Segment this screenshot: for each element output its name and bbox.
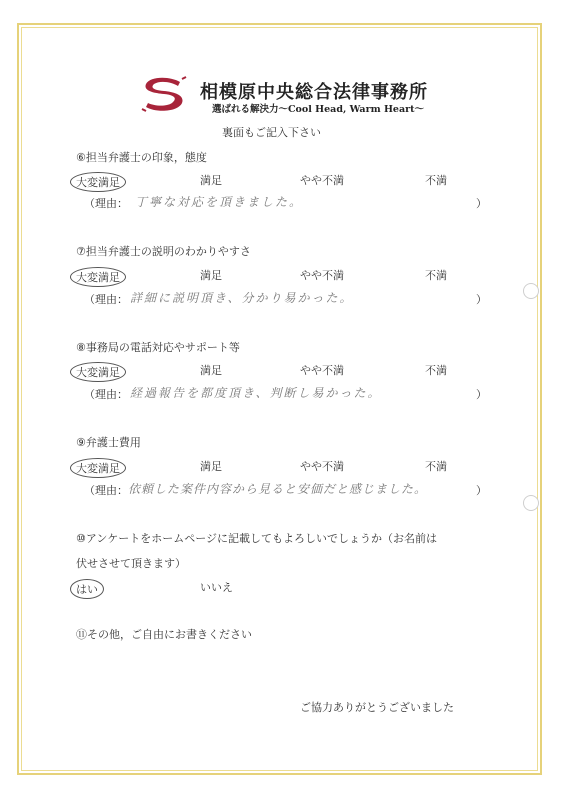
punch-hole-icon (523, 283, 539, 299)
option-yes[interactable]: はい (70, 579, 104, 599)
option-slightly-dissatisfied-q7[interactable]: やや不満 (300, 267, 344, 283)
question-10-title: ⑩アンケートをホームページに記載してもよろしいでしょうか（お名前は (76, 530, 437, 546)
firm-tagline: 選ばれる解決力～Cool Head, Warm Heart～ (212, 101, 424, 115)
reason-close-q9: ） (476, 482, 487, 498)
option-very-satisfied-q6[interactable]: 大変満足 (70, 172, 126, 192)
reason-label-q6: （理由： (84, 195, 128, 211)
question-11-title: ⑪その他，ご自由にお書きください (76, 626, 252, 642)
reason-close-q8: ） (476, 386, 487, 402)
option-satisfied-q8[interactable]: 満足 (200, 362, 222, 378)
option-very-satisfied-q9[interactable]: 大変満足 (70, 458, 126, 478)
reason-text-q6[interactable]: 丁寧な対応を頂きました。 (135, 193, 303, 210)
question-6-title: ⑥担当弁護士の印象，態度 (76, 149, 207, 165)
option-dissatisfied-q7[interactable]: 不満 (425, 267, 447, 283)
reason-text-q7[interactable]: 詳細に説明頂き、分かり易かった。 (130, 289, 354, 306)
question-7-title: ⑦担当弁護士の説明のわかりやすさ (76, 243, 251, 259)
reverse-side-note: 裏面もご記入下さい (222, 124, 321, 140)
option-no[interactable]: いいえ (200, 579, 233, 595)
reason-label-q8: （理由： (84, 386, 128, 402)
option-dissatisfied-q9[interactable]: 不満 (425, 458, 447, 474)
reason-text-q9[interactable]: 依頼した案件内容から見ると安価だと感じました。 (128, 480, 427, 497)
question-8-title: ⑧事務局の電話対応やサポート等 (76, 339, 240, 355)
reason-label-q9: （理由： (84, 482, 128, 498)
s-logo-icon (140, 76, 188, 112)
option-slightly-dissatisfied-q6[interactable]: やや不満 (300, 172, 344, 188)
option-satisfied-q9[interactable]: 満足 (200, 458, 222, 474)
option-satisfied-q6[interactable]: 満足 (200, 172, 222, 188)
option-very-satisfied-q7[interactable]: 大変満足 (70, 267, 126, 287)
option-slightly-dissatisfied-q8[interactable]: やや不満 (300, 362, 344, 378)
option-satisfied-q7[interactable]: 満足 (200, 267, 222, 283)
thanks-message: ご協力ありがとうございました (300, 699, 454, 715)
reason-close-q6: ） (476, 195, 487, 211)
option-very-satisfied-q8[interactable]: 大変満足 (70, 362, 126, 382)
question-10-title-cont: 伏せさせて頂きます） (76, 555, 186, 571)
question-9-title: ⑨弁護士費用 (76, 434, 141, 450)
option-dissatisfied-q8[interactable]: 不満 (425, 362, 447, 378)
reason-text-q8[interactable]: 経過報告を都度頂き、判断し易かった。 (130, 384, 382, 401)
option-dissatisfied-q6[interactable]: 不満 (425, 172, 447, 188)
option-slightly-dissatisfied-q9[interactable]: やや不満 (300, 458, 344, 474)
punch-hole-icon (523, 495, 539, 511)
reason-close-q7: ） (476, 291, 487, 307)
reason-label-q7: （理由： (84, 291, 128, 307)
